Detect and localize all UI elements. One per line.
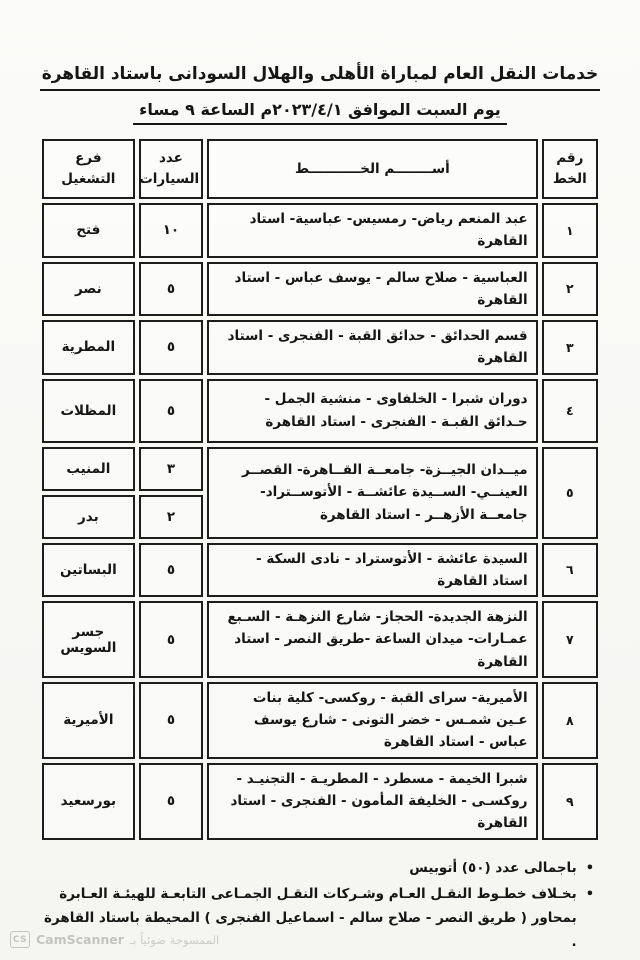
operating-branch: المظلات bbox=[42, 379, 135, 443]
line-number: ٥ bbox=[542, 447, 598, 539]
operating-branch: بورسعيد bbox=[42, 763, 135, 840]
camscanner-watermark: CS CamScanner الممسوحة ضوئياً بـ bbox=[10, 931, 219, 948]
bullet-icon: • bbox=[586, 883, 594, 956]
table-row: ٩ شبرا الخيمة - مسطرد - المطريـة - التجن… bbox=[42, 763, 598, 840]
table-header-row: رقم الخط أســــــــم الخـــــــــــط عدد… bbox=[42, 139, 598, 199]
line-name: النزهة الجديدة- الحجاز- شارع النزهـة - ا… bbox=[207, 601, 537, 678]
cars-count: ٣ bbox=[139, 447, 203, 491]
document-subtitle-date: يوم السبت الموافق ٢٠٢٣/٤/١م الساعة ٩ مسا… bbox=[133, 100, 507, 125]
operating-branch: المطرية bbox=[42, 320, 135, 375]
line-name: شبرا الخيمة - مسطرد - المطريـة - التجنيـ… bbox=[207, 763, 537, 840]
cars-count: ٥ bbox=[139, 763, 203, 840]
scanned-document-page: خدمات النقل العام لمباراة الأهلى والهلال… bbox=[0, 0, 640, 960]
line-name: السيدة عائشة - الأتوستراد - نادى السكة -… bbox=[207, 543, 537, 598]
cars-count: ١٠ bbox=[139, 203, 203, 258]
line-number: ١ bbox=[542, 203, 598, 258]
footnote-text: باجمالى عدد (٥٠) أتوبيس bbox=[40, 856, 577, 880]
table-row: ٦ السيدة عائشة - الأتوستراد - نادى السكة… bbox=[42, 543, 598, 598]
table-row: ٧ النزهة الجديدة- الحجاز- شارع النزهـة -… bbox=[42, 601, 598, 678]
camscanner-brand: CamScanner bbox=[36, 932, 124, 947]
footnote-total-buses: • باجمالى عدد (٥٠) أتوبيس bbox=[40, 856, 594, 880]
line-name: ميــدان الجيــزة- جامعــة القــاهرة- الق… bbox=[207, 447, 537, 539]
table-row: ٤ دوران شبرا - الخلفاوى - منشية الجمل - … bbox=[42, 379, 598, 443]
cars-count: ٢ bbox=[139, 495, 203, 539]
cars-count: ٥ bbox=[139, 682, 203, 759]
operating-branch: فتح bbox=[42, 203, 135, 258]
camscanner-arabic-text: الممسوحة ضوئياً بـ bbox=[130, 933, 219, 947]
operating-branch: الأميرية bbox=[42, 682, 135, 759]
operating-branch: بدر bbox=[42, 495, 135, 539]
camscanner-logo-icon: CS bbox=[10, 931, 30, 948]
line-number: ٧ bbox=[542, 601, 598, 678]
cars-count: ٥ bbox=[139, 262, 203, 317]
table-row: ٨ الأميرية- سراى القبة - روكسى- كلية بنا… bbox=[42, 682, 598, 759]
bullet-icon: • bbox=[586, 857, 594, 881]
line-name: العباسية - صلاح سالم - يوسف عباس - استاد… bbox=[207, 262, 537, 317]
operating-branch: نصر bbox=[42, 262, 135, 317]
line-number: ٤ bbox=[542, 379, 598, 443]
header-line-name: أســــــــم الخـــــــــــط bbox=[207, 139, 537, 199]
cars-count: ٥ bbox=[139, 543, 203, 598]
line-number: ٣ bbox=[542, 320, 598, 375]
table-row: ٢ العباسية - صلاح سالم - يوسف عباس - است… bbox=[42, 262, 598, 317]
cars-count: ٥ bbox=[139, 379, 203, 443]
header-operating-branch: فرع التشغيل bbox=[42, 139, 135, 199]
line-name: عبد المنعم رياض- رمسيس- عباسية- استاد ال… bbox=[207, 203, 537, 258]
line-number: ٢ bbox=[542, 262, 598, 317]
document-header: خدمات النقل العام لمباراة الأهلى والهلال… bbox=[0, 0, 640, 125]
cars-count: ٥ bbox=[139, 320, 203, 375]
operating-branch: جسر السويس bbox=[42, 601, 135, 678]
header-line-number: رقم الخط bbox=[542, 139, 598, 199]
operating-branch: البساتين bbox=[42, 543, 135, 598]
line-number: ٩ bbox=[542, 763, 598, 840]
table-row: ٥ ميــدان الجيــزة- جامعــة القــاهرة- ا… bbox=[42, 447, 598, 491]
document-title: خدمات النقل العام لمباراة الأهلى والهلال… bbox=[40, 64, 601, 91]
table-row: ١ عبد المنعم رياض- رمسيس- عباسية- استاد … bbox=[42, 203, 598, 258]
line-name: قسم الحدائق - حدائق القبة - الفنجرى - اس… bbox=[207, 320, 537, 375]
line-name: الأميرية- سراى القبة - روكسى- كلية بنات … bbox=[207, 682, 537, 759]
header-cars-count: عدد السيارات bbox=[139, 139, 203, 199]
cars-count: ٥ bbox=[139, 601, 203, 678]
table-row: ٣ قسم الحدائق - حدائق القبة - الفنجرى - … bbox=[42, 320, 598, 375]
line-name: دوران شبرا - الخلفاوى - منشية الجمل - حـ… bbox=[207, 379, 537, 443]
transport-lines-table: رقم الخط أســــــــم الخـــــــــــط عدد… bbox=[38, 135, 602, 844]
operating-branch: المنيب bbox=[42, 447, 135, 491]
line-number: ٦ bbox=[542, 543, 598, 598]
line-number: ٨ bbox=[542, 682, 598, 759]
